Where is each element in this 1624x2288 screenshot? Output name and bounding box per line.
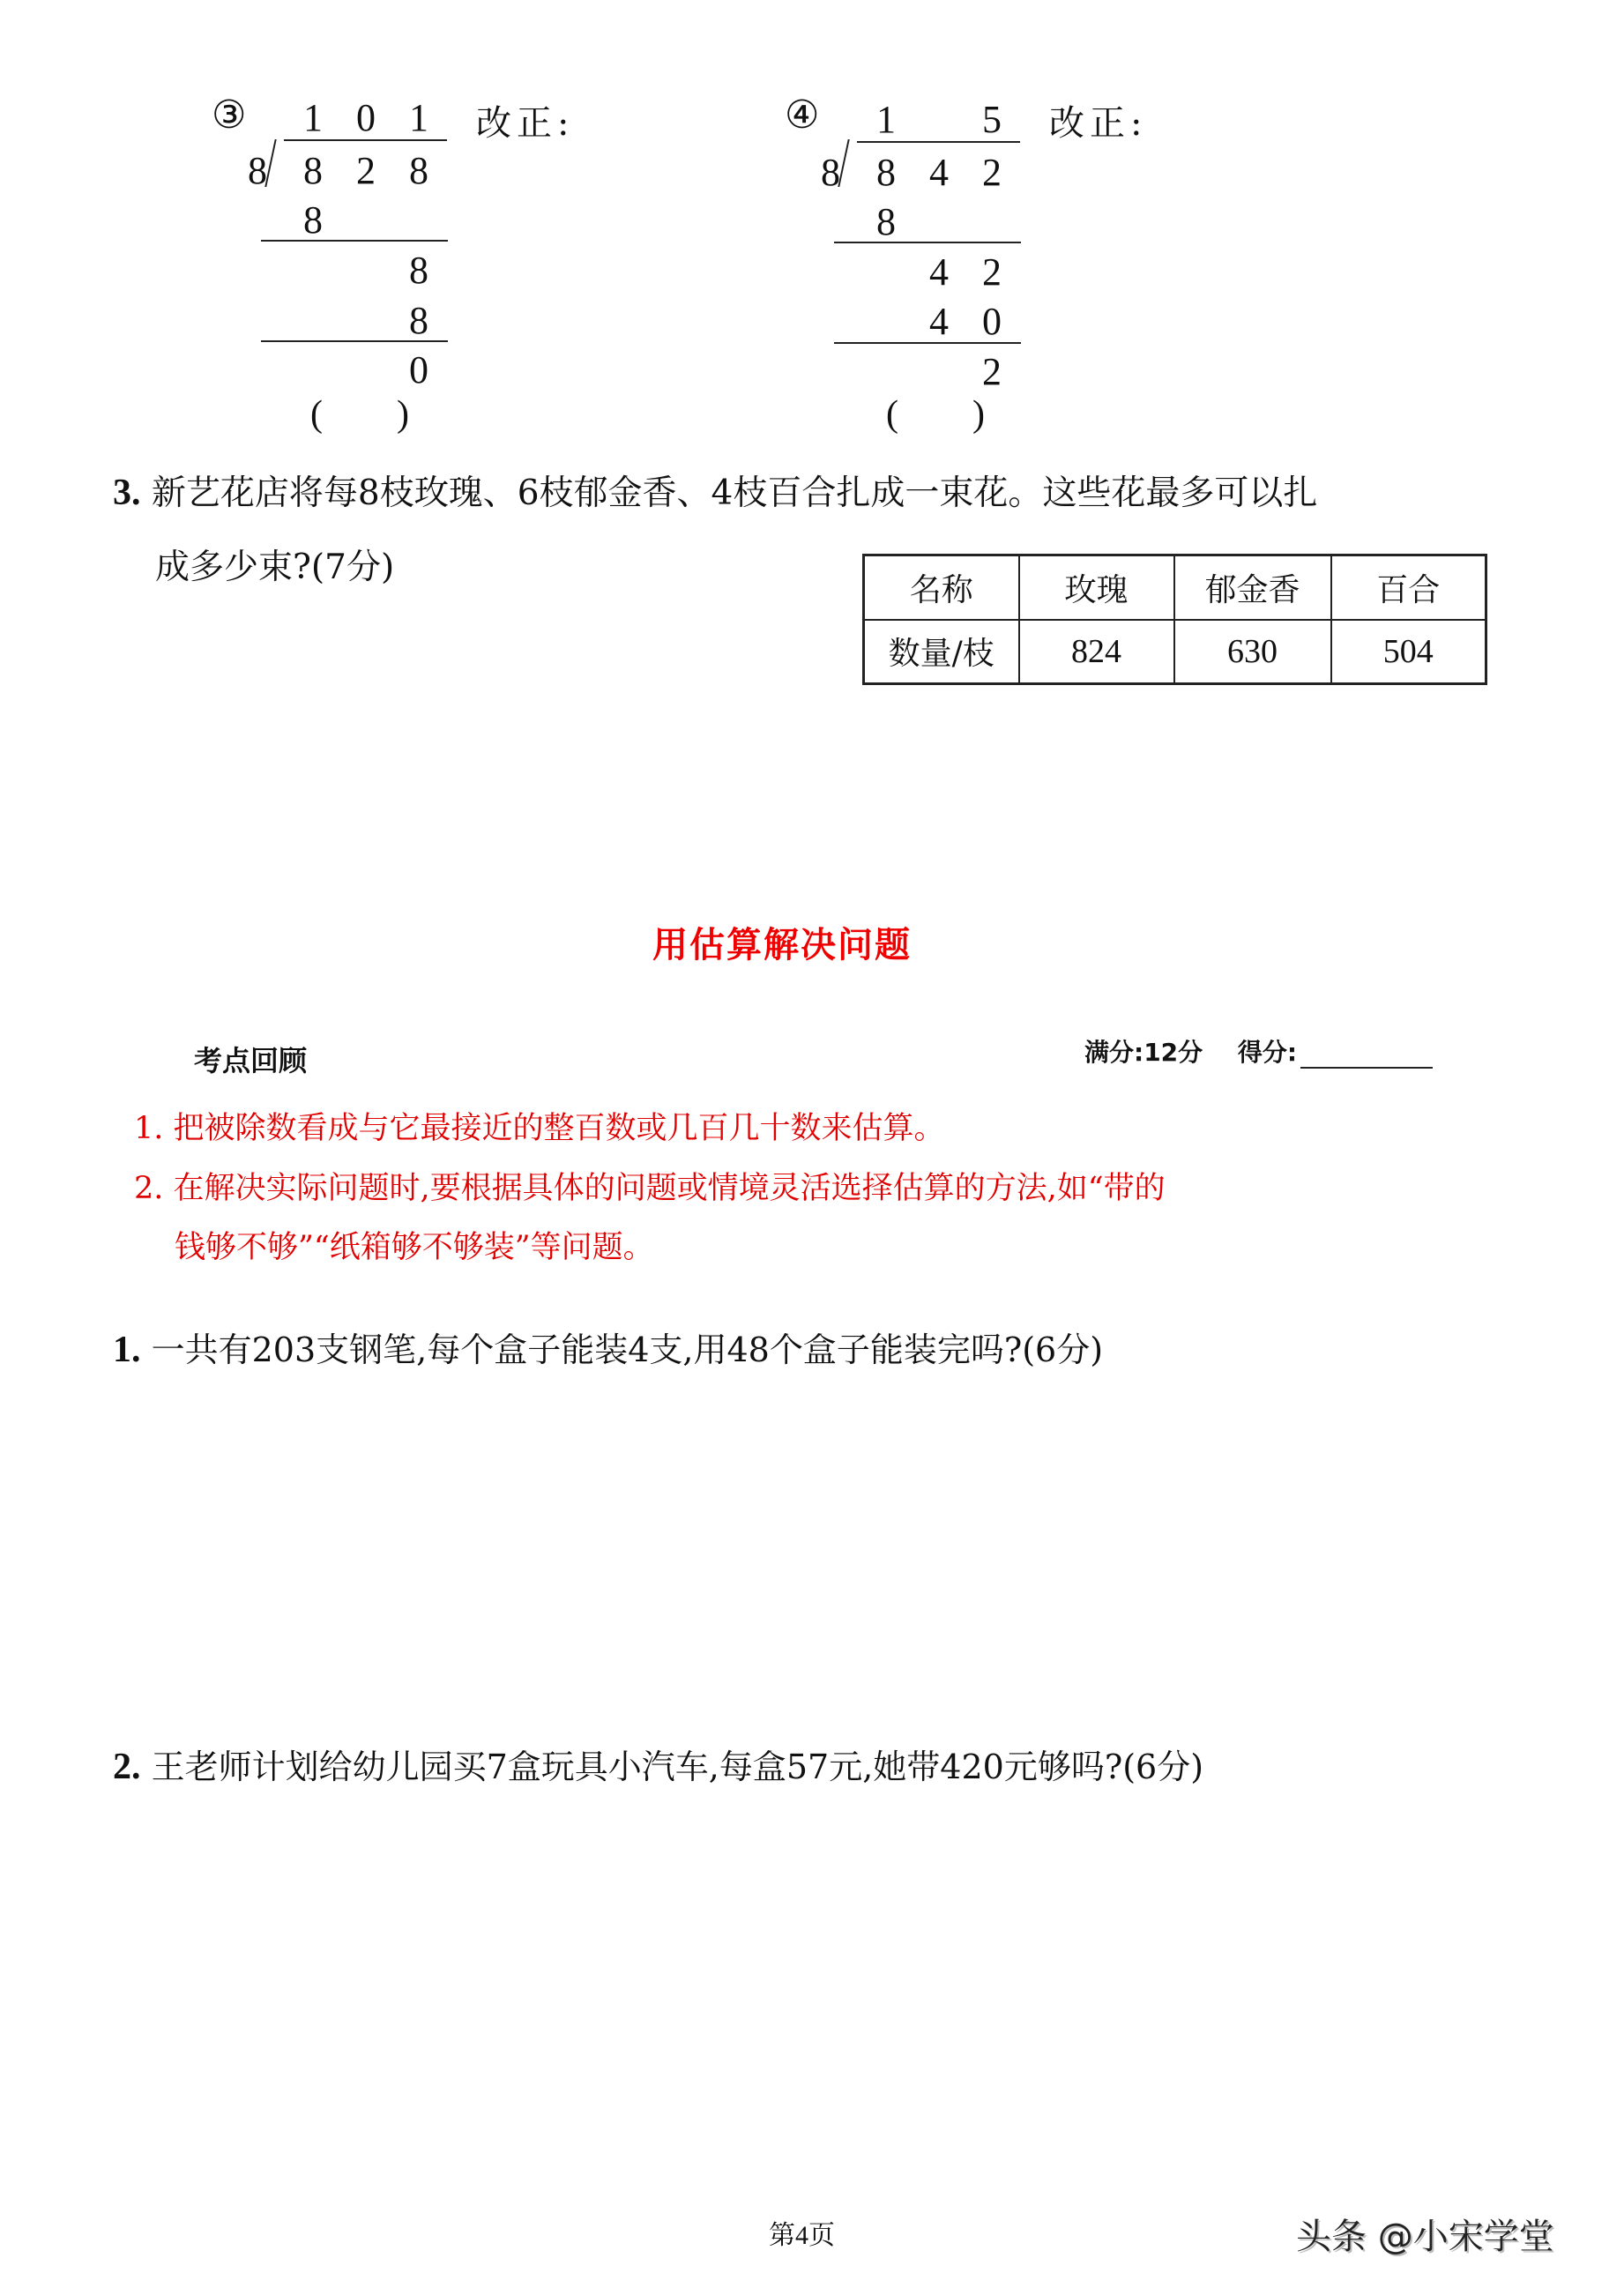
- divisor: 8: [240, 152, 275, 190]
- division-bar: [284, 139, 447, 141]
- review-heading: 考点回顾: [194, 1039, 307, 1079]
- question-number: 3.: [113, 473, 141, 513]
- question-3: 3. 新艺花店将每8枝玫瑰、6枝郁金香、4枝百合扎成一束花。这些花最多可以扎: [113, 474, 1317, 511]
- question-number: 1.: [113, 1330, 141, 1370]
- step-digit: 8: [401, 302, 436, 340]
- table-cell: 630: [1174, 620, 1331, 684]
- divisor: 8: [813, 153, 848, 192]
- judge-blank[interactable]: ( ): [886, 393, 985, 436]
- dividend-digit: 8: [868, 153, 904, 192]
- page-number: 第4页: [769, 2213, 835, 2252]
- correction-label: 改正:: [1049, 95, 1147, 145]
- step-digit: 8: [868, 203, 904, 242]
- judge-blank[interactable]: ( ): [310, 393, 409, 436]
- step-digit: 4: [921, 302, 957, 341]
- exercise-label: ④: [785, 93, 819, 138]
- quotient-digit: 1: [295, 99, 331, 138]
- quotient-digit: 5: [974, 101, 1009, 139]
- tip-2-cont: 钱够不够”“纸箱够不够装”等问题。: [175, 1223, 654, 1267]
- dividend-digit: 8: [401, 152, 436, 190]
- step-digit: 8: [295, 201, 331, 240]
- row-label: 数量/枝: [864, 620, 1019, 684]
- tip-2: 2. 在解决实际问题时,要根据具体的问题或情境灵活选择估算的方法,如“带的: [134, 1164, 1166, 1208]
- table-row: 数量/枝 824 630 504: [864, 620, 1486, 684]
- table-header: 玫瑰: [1019, 555, 1174, 620]
- step-line: [834, 242, 1021, 243]
- table-header: 郁金香: [1174, 555, 1331, 620]
- remainder: 2: [974, 353, 1009, 391]
- step-digit: 4: [921, 253, 957, 292]
- table-cell: 504: [1331, 620, 1486, 684]
- question-text: 一共有203支钢笔,每个盒子能装4支,用48个盒子能装完吗?(6分): [152, 1330, 1103, 1369]
- dividend-digit: 2: [348, 152, 384, 190]
- score-box: 满分:12分 得分:: [1084, 1033, 1433, 1069]
- table-header: 名称: [864, 555, 1019, 620]
- table-cell: 824: [1019, 620, 1174, 684]
- flower-quantity-table: 名称 玫瑰 郁金香 百合 数量/枝 824 630 504: [862, 554, 1487, 685]
- full-score: 满分:12分: [1084, 1038, 1203, 1067]
- question-text: 王老师计划给幼儿园买7盒玩具小汽车,每盒57元,她带420元够吗?(6分): [152, 1748, 1203, 1786]
- tip-1: 1. 把被除数看成与它最接近的整百数或几百几十数来估算。: [134, 1104, 945, 1148]
- score-input[interactable]: [1300, 1042, 1433, 1069]
- table-header-row: 名称 玫瑰 郁金香 百合: [864, 555, 1486, 620]
- quotient-digit: 1: [401, 99, 436, 138]
- question-3-line2: 成多少束?(7分): [155, 540, 394, 589]
- exercise-label: ③: [212, 93, 246, 138]
- step-line: [261, 340, 448, 342]
- question-text: 新艺花店将每8枝玫瑰、6枝郁金香、4枝百合扎成一束花。这些花最多可以扎: [152, 473, 1317, 513]
- correction-label: 改正:: [476, 95, 574, 145]
- division-exercise-3: ③ 1 0 1 8 8 2 8 8 8 8 0 ( ) 改正:: [176, 71, 670, 458]
- dividend-digit: 8: [295, 152, 331, 190]
- quotient-digit: 0: [348, 99, 384, 138]
- step-line: [261, 240, 448, 242]
- step-line: [834, 342, 1021, 344]
- dividend-digit: 2: [974, 153, 1009, 192]
- division-exercise-4: ④ 1 5 8 8 4 2 8 4 2 4 0 2 ( ) 改正:: [749, 71, 1243, 458]
- step-digit: 8: [401, 251, 436, 290]
- score-label: 得分:: [1238, 1038, 1297, 1067]
- watermark: 头条 @小宋学堂: [1296, 2209, 1554, 2259]
- estimate-question-1: 1. 一共有203支钢笔,每个盒子能装4支,用48个盒子能装完吗?(6分): [113, 1323, 1103, 1371]
- table-header: 百合: [1331, 555, 1486, 620]
- step-digit: 2: [974, 253, 1009, 292]
- dividend-digit: 4: [921, 153, 957, 192]
- question-number: 2.: [113, 1747, 141, 1787]
- quotient-digit: 1: [868, 101, 904, 139]
- section-title: 用估算解决问题: [652, 917, 912, 967]
- estimate-question-2: 2. 王老师计划给幼儿园买7盒玩具小汽车,每盒57元,她带420元够吗?(6分): [113, 1740, 1203, 1788]
- step-digit: 0: [974, 302, 1009, 341]
- division-bar: [857, 141, 1020, 143]
- remainder: 0: [401, 351, 436, 390]
